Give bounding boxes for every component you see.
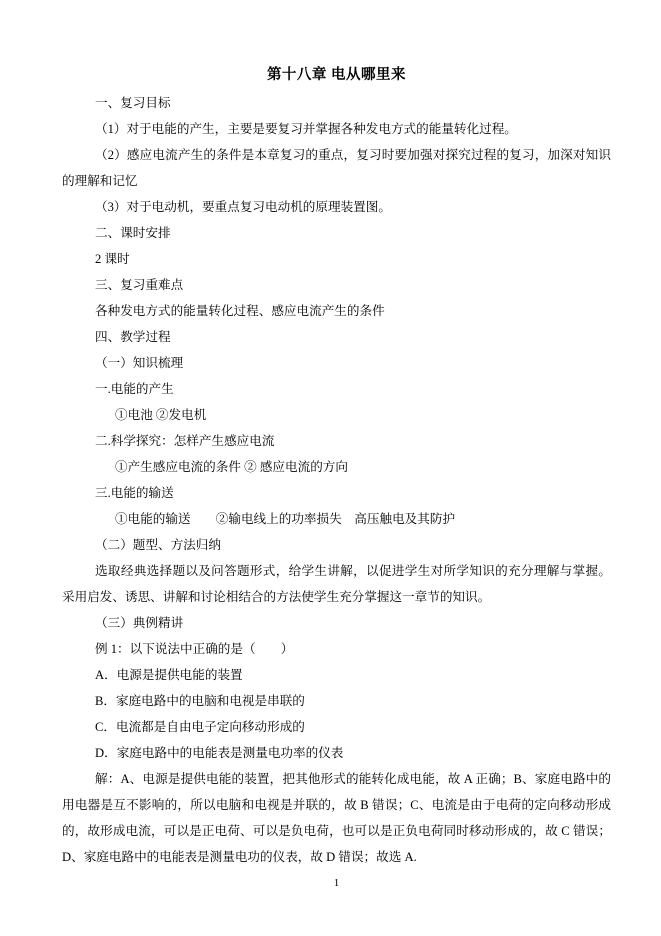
- paragraph: （一）知识梳理: [62, 350, 611, 376]
- paragraph: A．电源是提供电能的装置: [62, 662, 611, 688]
- paragraph: 解：A、电源是提供电能的装置，把其他形式的能转化成电能，故 A 正确；B、家庭电…: [62, 766, 611, 870]
- document-title: 第十八章 电从哪里来: [62, 60, 611, 90]
- paragraph: 选取经典选择题以及问答题形式，给学生讲解，以促进学生对所学知识的充分理解与掌握。…: [62, 558, 611, 610]
- paragraph: （2）感应电流产生的条件是本章复习的重点，复习时要加强对探究过程的复习，加深对知…: [62, 142, 611, 194]
- paragraph: 一.电能的产生: [62, 376, 611, 402]
- paragraph: 四、教学过程: [62, 324, 611, 350]
- paragraph: 例 1：以下说法中正确的是（ ）: [62, 636, 611, 662]
- paragraph: ①电能的输送 ②输电线上的功率损失 高压触电及其防护: [62, 506, 611, 532]
- paragraph: 各种发电方式的能量转化过程、感应电流产生的条件: [62, 298, 611, 324]
- paragraph: C．电流都是自由电子定向移动形成的: [62, 714, 611, 740]
- paragraph: 一、复习目标: [62, 90, 611, 116]
- paragraph: 三.电能的输送: [62, 480, 611, 506]
- document-page: 第十八章 电从哪里来 一、复习目标（1）对于电能的产生，主要是要复习并掌握各种发…: [0, 0, 661, 936]
- document-content: 第十八章 电从哪里来 一、复习目标（1）对于电能的产生，主要是要复习并掌握各种发…: [0, 0, 661, 896]
- paragraph: B．家庭电路中的电脑和电视是串联的: [62, 688, 611, 714]
- paragraph: ①电池 ②发电机: [62, 402, 611, 428]
- paragraph: 二、课时安排: [62, 220, 611, 246]
- paragraph: （三）典例精讲: [62, 610, 611, 636]
- paragraph: 2 课时: [62, 246, 611, 272]
- paragraph: 三、复习重难点: [62, 272, 611, 298]
- paragraph: （1）对于电能的产生，主要是要复习并掌握各种发电方式的能量转化过程。: [62, 116, 611, 142]
- paragraph: 二.科学探究：怎样产生感应电流: [62, 428, 611, 454]
- paragraph: （3）对于电动机，要重点复习电动机的原理装置图。: [62, 194, 611, 220]
- paragraph: D．家庭电路中的电能表是测量电功率的仪表: [62, 740, 611, 766]
- paragraph: ①产生感应电流的条件 ② 感应电流的方向: [62, 454, 611, 480]
- page-number: 1: [62, 870, 611, 896]
- document-body: 一、复习目标（1）对于电能的产生，主要是要复习并掌握各种发电方式的能量转化过程。…: [62, 90, 611, 870]
- paragraph: （二）题型、方法归纳: [62, 532, 611, 558]
